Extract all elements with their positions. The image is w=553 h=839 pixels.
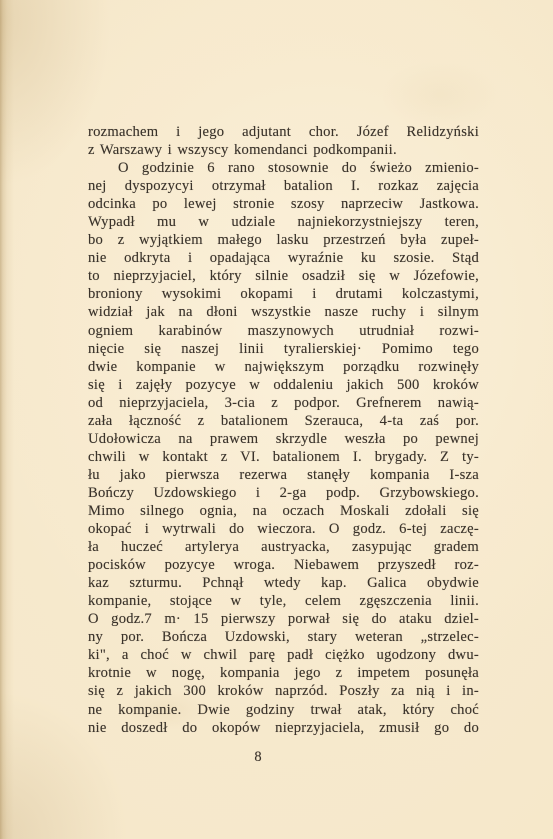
text-line: to nieprzyjaciel, który silnie osadził s… <box>88 267 479 285</box>
text-line: broniony wysokimi okopami i drutami kolc… <box>88 285 479 303</box>
text-line: widział jak na dłoni wszystkie nasze ruc… <box>88 303 479 321</box>
text-line: ne kompanie. Dwie godziny trwał atak, kt… <box>88 701 479 719</box>
text-line: chwili w kontakt z VI. batalionem I. bry… <box>88 448 479 466</box>
text-line: kaz szturmu. Pchnął wtedy kap. Galica ob… <box>88 574 479 592</box>
text-line: nięcie się naszej linii tyralierskiej· P… <box>88 340 479 358</box>
text-line: nie doszedł do okopów nieprzyjaciela, zm… <box>88 719 479 737</box>
text-line: ła huczeć artylerya austryacka, zasypują… <box>88 538 479 556</box>
page-number: 8 <box>238 749 278 766</box>
text-line: pocisków pozycye wroga. Niebawem przysze… <box>88 556 479 574</box>
text-line: Mimo silnego ognia, na oczach Moskali zd… <box>88 502 479 520</box>
scanned-book-page: rozmachem i jego adjutant chor. Józef Re… <box>0 0 553 839</box>
paper-stain <box>380 60 500 130</box>
text-line: O godzinie 6 rano stosownie do świeżo zm… <box>88 159 479 177</box>
text-line: kompanie, stojące w tyle, celem zgęszcze… <box>88 592 479 610</box>
text-line: rozmachem i jego adjutant chor. Józef Re… <box>88 123 479 141</box>
text-line: z Warszawy i wszyscy komendanci podkompa… <box>88 141 479 159</box>
text-line: od nieprzyjaciela, 3-cia z podpor. Grefn… <box>88 394 479 412</box>
text-line: nej dyspozycyi otrzymał batalion I. rozk… <box>88 177 479 195</box>
text-line: okopać i wytrwali do wieczora. O godz. 6… <box>88 520 479 538</box>
text-line: odcinka po lewej stronie szosy naprzeciw… <box>88 195 479 213</box>
text-line: O godz.7 m· 15 pierwszy porwał się do at… <box>88 610 479 628</box>
paragraph: rozmachem i jego adjutant chor. Józef Re… <box>88 123 479 159</box>
paragraph: O godzinie 6 rano stosownie do świeżo zm… <box>88 159 479 737</box>
text-block: rozmachem i jego adjutant chor. Józef Re… <box>88 123 479 737</box>
text-line: się i zajęły pozycye w oddaleniu jakich … <box>88 376 479 394</box>
text-line: zała łączność z batalionem Szerauca, 4-t… <box>88 412 479 430</box>
text-line: Wypadł mu w udziale najniekorzystniejszy… <box>88 213 479 231</box>
text-line: nie odkryta i opadająca wyraźnie ku szos… <box>88 249 479 267</box>
text-line: Bończy Uzdowskiego i 2-ga podp. Grzybows… <box>88 484 479 502</box>
text-line: łu jako pierwsza rezerwa stanęły kompani… <box>88 466 479 484</box>
text-line: ny por. Bończa Uzdowski, stary weteran „… <box>88 628 479 646</box>
text-line: Udołowicza na prawem skrzydle weszła po … <box>88 430 479 448</box>
text-line: bo z wyjątkiem małego lasku przestrzeń b… <box>88 231 479 249</box>
text-line: ki", a choć w chwil parę padł ciężko ugo… <box>88 646 479 664</box>
text-line: ogniem karabinów maszynowych utrudniał r… <box>88 322 479 340</box>
text-line: dwie kompanie w największym porządku roz… <box>88 358 479 376</box>
text-line: krotnie w nogę, kompania jego z impetem … <box>88 664 479 682</box>
text-line: się z jakich 300 kroków naprzód. Poszły … <box>88 682 479 700</box>
book-spine-edge-shadow <box>0 0 14 839</box>
